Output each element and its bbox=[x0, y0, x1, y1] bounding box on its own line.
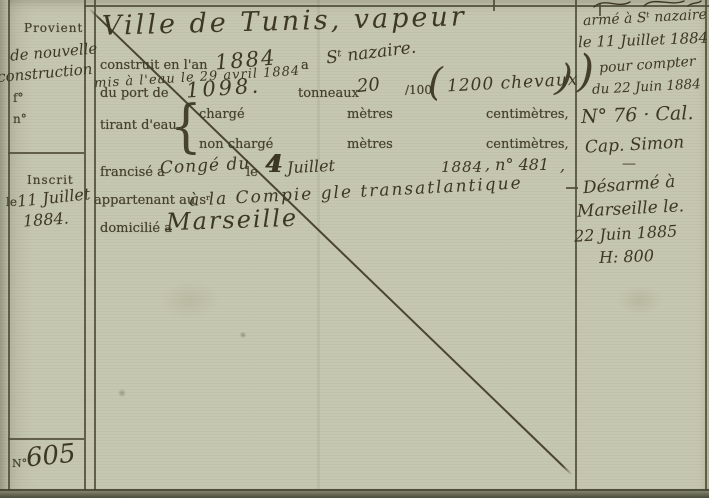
reference-number-line: H: 800 bbox=[599, 248, 654, 266]
armed-at-line: armé à Sᵗ nazaire bbox=[583, 8, 707, 28]
francise-day: 4 bbox=[265, 152, 282, 176]
pour-compter-line: pour compter bbox=[599, 55, 696, 76]
francise-year: 1884 bbox=[441, 160, 483, 175]
port-label: du port de bbox=[100, 87, 169, 100]
metres-label-loaded: mètres bbox=[347, 108, 393, 121]
left-column-divider-rule bbox=[8, 152, 84, 154]
captain-line: Cap. Simon bbox=[585, 134, 685, 156]
numero-label: n° bbox=[13, 113, 27, 125]
draft-brace: { bbox=[170, 97, 202, 155]
provient-label: Provient bbox=[24, 22, 83, 34]
disarmed-line: Désarmé à bbox=[583, 174, 676, 197]
metres-label-unloaded: mètres bbox=[347, 138, 393, 151]
centimetres-label-loaded: centimètres, bbox=[486, 108, 569, 121]
margin-tick bbox=[566, 187, 578, 189]
centimetres-label-unloaded: centimètres, bbox=[486, 138, 569, 151]
registry-number-value: 605 bbox=[25, 440, 77, 471]
owner-value: à la Compie gle transatlantique bbox=[189, 175, 523, 209]
inscrit-le-label: le bbox=[6, 196, 17, 208]
armed-date-line: le 11 Juillet 1884 bbox=[578, 31, 709, 51]
built-at-label: a bbox=[301, 59, 309, 72]
francise-trailing-comma: , bbox=[560, 158, 565, 174]
registry-number-label: N° bbox=[12, 458, 27, 469]
tonnage-unit-label: tonneaux bbox=[298, 87, 359, 100]
license-number-line: N° 76 · Cal. bbox=[581, 104, 694, 127]
disarmed-place-line: Marseille le. bbox=[577, 198, 685, 221]
folio-label: f° bbox=[13, 92, 23, 104]
separator-dash: — bbox=[622, 157, 636, 171]
top-rule-tick bbox=[493, 0, 495, 11]
effective-date-line: du 22 Juin 1884 bbox=[592, 78, 701, 97]
built-place: Sᵗ nazaire. bbox=[325, 40, 417, 68]
francise-label: francisé a bbox=[100, 166, 165, 179]
tonnage-fraction: 20 bbox=[356, 76, 381, 96]
domicile-value: Marseille bbox=[166, 206, 299, 235]
power-close-paren: ) bbox=[554, 58, 575, 98]
domicile-label: domicilié a bbox=[100, 222, 172, 235]
francise-number: , n° 481 bbox=[485, 157, 549, 173]
origin-handwritten-line2: construction bbox=[0, 62, 93, 85]
right-column-right-rule bbox=[705, 0, 707, 490]
draft-label: tirant d'eau bbox=[100, 119, 177, 132]
inscrit-label: Inscrit bbox=[27, 174, 74, 186]
ship-registry-document: Provient de nouvelle construction f° n° … bbox=[0, 0, 709, 498]
page-bottom-shadow bbox=[0, 491, 709, 498]
power-open-paren: ( bbox=[428, 63, 443, 101]
francise-hand: Congé du bbox=[160, 156, 251, 178]
paper-crease bbox=[317, 0, 320, 490]
vessel-title: Ville de Tunis, vapeur bbox=[102, 3, 467, 40]
main-column-left-rule bbox=[94, 0, 96, 490]
disarmed-date-line: 22 Juin 1885 bbox=[574, 223, 678, 244]
inscrit-date: 11 Juillet bbox=[16, 186, 91, 210]
francise-month: Juillet bbox=[287, 158, 336, 176]
inscrit-year: 1884. bbox=[22, 210, 69, 229]
